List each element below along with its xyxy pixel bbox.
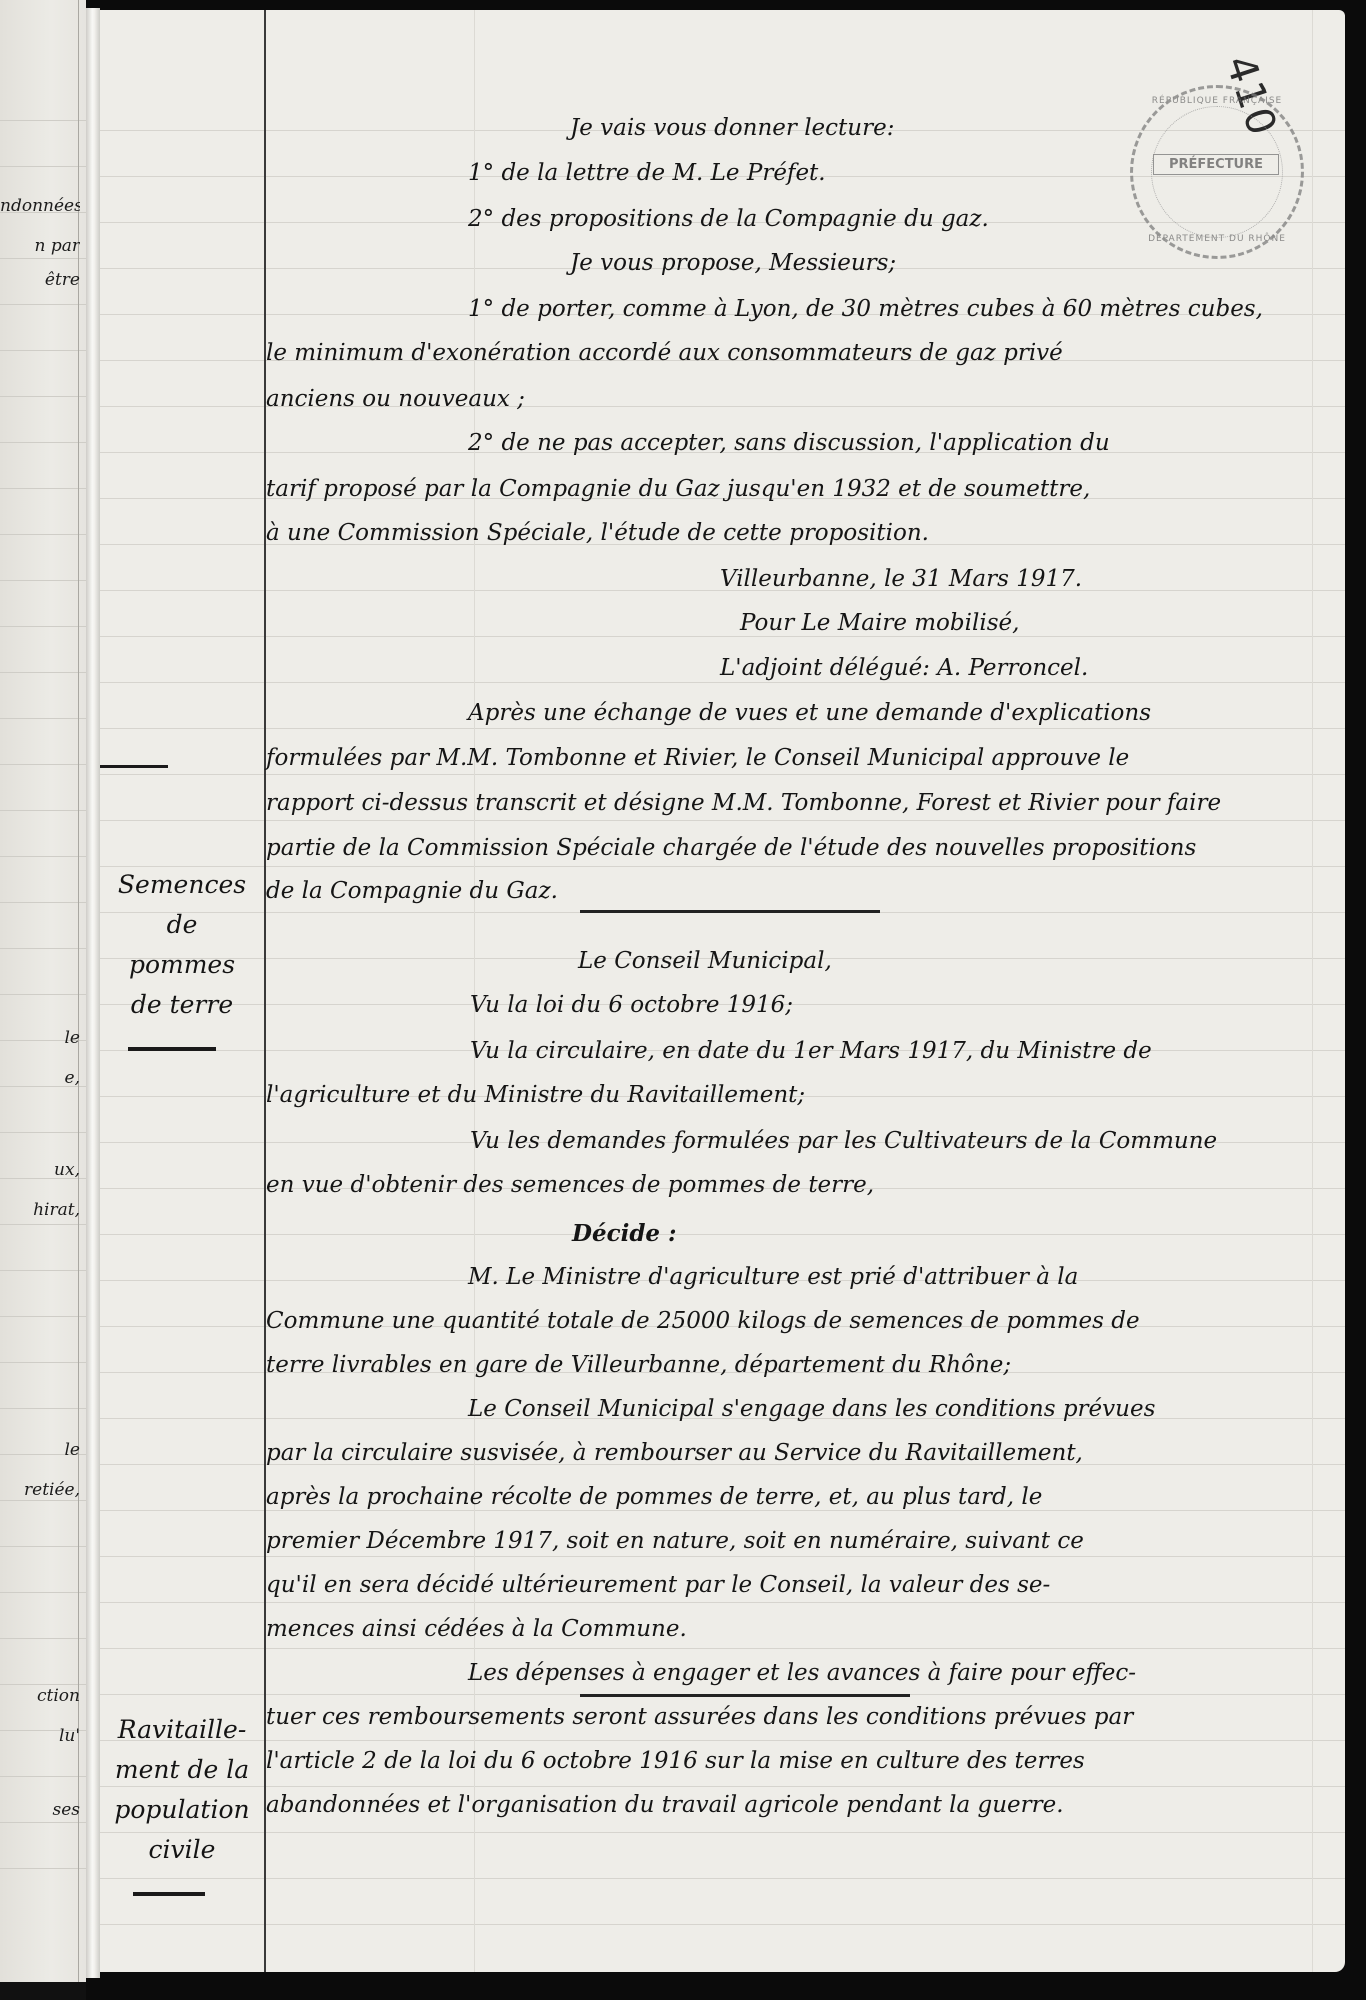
register-page: 410 RÉPUBLIQUE FRANÇAISE PRÉFECTURE DÉPA…: [100, 10, 1345, 1972]
signature-place-date: Villeurbanne, le 31 Mars 1917.: [720, 566, 1082, 592]
margin-title-underline: [133, 1892, 205, 1896]
ruled-line: [0, 1408, 86, 1409]
ruled-line: [100, 1786, 1345, 1787]
text-line: abandonnées et l'organisation du travail…: [266, 1792, 1064, 1818]
stamp-bottom-text: DÉPARTEMENT DU RHÔNE: [1133, 234, 1301, 244]
ruled-line: [0, 396, 86, 397]
ruled-line: [0, 626, 86, 627]
left-page-fragment: lu': [0, 1726, 80, 1746]
ruled-line: [0, 1638, 86, 1639]
margin-title-line: Semences: [104, 865, 260, 905]
margin-title-line: Ravitaille-: [104, 1710, 260, 1750]
ruled-line: [0, 1592, 86, 1593]
text-line: anciens ou nouveaux ;: [266, 386, 525, 412]
text-line: de la Compagnie du Gaz.: [266, 878, 558, 904]
section-end-rule: [100, 765, 168, 768]
margin-title-underline: [128, 1047, 216, 1051]
ruled-line: [0, 1546, 86, 1547]
ruled-line: [0, 1224, 86, 1225]
ruled-line: [0, 1684, 86, 1685]
text-line: en vue d'obtenir des semences de pommes …: [266, 1172, 874, 1198]
text-line: mences ainsi cédées à la Commune.: [266, 1616, 687, 1642]
ruled-line: [0, 810, 86, 811]
text-line: après la prochaine récolte de pommes de …: [266, 1484, 1042, 1510]
left-page-fragment: ndonnées.: [0, 196, 80, 216]
ruled-line: [100, 1648, 1345, 1649]
text-line: 2° de ne pas accepter, sans discussion, …: [468, 430, 1110, 456]
ruled-line: [100, 1694, 1345, 1695]
ruled-line: [0, 442, 86, 443]
text-line: Le Conseil Municipal s'engage dans les c…: [468, 1396, 1155, 1422]
ruled-line: [0, 258, 86, 259]
margin-title-line: pommes: [104, 945, 260, 985]
ruled-line: [0, 856, 86, 857]
text-line: Je vous propose, Messieurs;: [570, 250, 896, 276]
ruled-line: [100, 1510, 1345, 1511]
text-line: terre livrables en gare de Villeurbanne,…: [266, 1352, 1011, 1378]
stamp-top-text: RÉPUBLIQUE FRANÇAISE: [1133, 96, 1301, 106]
ruled-line: [0, 764, 86, 765]
left-page-fragment: hirat,: [0, 1200, 80, 1220]
ruled-line: [0, 994, 86, 995]
ruled-line: [100, 1556, 1345, 1557]
margin-title-line: ment de la: [104, 1750, 260, 1790]
ruled-line: [0, 304, 86, 305]
stamp-center-text: PRÉFECTURE: [1153, 154, 1279, 175]
ruled-line: [0, 1270, 86, 1271]
left-page-margin-line: [78, 0, 79, 1982]
left-page-fragment: ction: [0, 1686, 80, 1706]
ruled-line: [100, 1832, 1345, 1833]
ruled-line: [0, 1822, 86, 1823]
left-page-fragment: le: [0, 1028, 80, 1048]
text-line: M. Le Ministre d'agriculture est prié d'…: [468, 1264, 1078, 1290]
ruled-line: [0, 166, 86, 167]
ruled-line: [0, 1868, 86, 1869]
text-line: Vu la loi du 6 octobre 1916;: [470, 992, 793, 1018]
ruled-line: [0, 534, 86, 535]
ruled-line: [100, 866, 1345, 867]
text-line: partie de la Commission Spéciale chargée…: [266, 835, 1196, 861]
book-spine: [86, 8, 100, 1978]
ruled-line: [0, 902, 86, 903]
ruled-line: [0, 1316, 86, 1317]
text-line: 2° des propositions de la Compagnie du g…: [468, 206, 989, 232]
ruled-line: [0, 718, 86, 719]
ruled-line: [100, 820, 1345, 821]
text-line: le minimum d'exonération accordé aux con…: [266, 340, 1063, 366]
text-line: l'article 2 de la loi du 6 octobre 1916 …: [266, 1748, 1085, 1774]
margin-title-ravitaillement: Ravitaille- ment de la population civile: [104, 1710, 260, 1870]
ruled-line: [0, 580, 86, 581]
ruled-line: [0, 350, 86, 351]
signature-name: L'adjoint délégué: A. Perroncel.: [720, 655, 1088, 681]
text-line: tarif proposé par la Compagnie du Gaz ju…: [266, 476, 1090, 502]
margin-title-line: civile: [104, 1830, 260, 1870]
left-page-fragment: e,: [0, 1068, 80, 1088]
prefecture-stamp: RÉPUBLIQUE FRANÇAISE PRÉFECTURE DÉPARTEM…: [1130, 85, 1304, 259]
ruled-line: [0, 1132, 86, 1133]
text-line: premier Décembre 1917, soit en nature, s…: [266, 1528, 1084, 1554]
margin-title-line: de: [104, 905, 260, 945]
ruled-line: [100, 1234, 1345, 1235]
text-line: Vu la circulaire, en date du 1er Mars 19…: [470, 1038, 1152, 1064]
margin-title-line: de terre: [104, 985, 260, 1025]
text-line: 1° de porter, comme à Lyon, de 30 mètres…: [468, 296, 1263, 322]
margin-title-line: population: [104, 1790, 260, 1830]
ruled-line: [100, 728, 1345, 729]
text-line: l'agriculture et du Ministre du Ravitail…: [266, 1082, 805, 1108]
left-page-fragment: être: [0, 270, 80, 290]
ruled-line: [100, 774, 1345, 775]
text-line: Les dépenses à engager et les avances à …: [468, 1660, 1136, 1686]
text-line: par la circulaire susvisée, à rembourser…: [266, 1440, 1083, 1466]
ruled-line: [100, 1924, 1345, 1925]
section-separator: [580, 910, 880, 913]
ruled-line: [0, 672, 86, 673]
ruled-line: [100, 1602, 1345, 1603]
text-line: formulées par M.M. Tombonne et Rivier, l…: [266, 745, 1129, 771]
previous-page-edge: ndonnées. n par être le e, ux, hirat, le…: [0, 0, 86, 2000]
left-page-fragment: le: [0, 1440, 80, 1460]
text-line: tuer ces remboursements seront assurées …: [266, 1704, 1133, 1730]
ruled-line: [0, 948, 86, 949]
ruled-line: [100, 636, 1345, 637]
decision-heading: Décide :: [572, 1220, 677, 1247]
ruled-line: [0, 488, 86, 489]
ruled-line: [100, 1878, 1345, 1879]
section-heading: Le Conseil Municipal,: [578, 948, 832, 974]
ruled-line: [0, 1776, 86, 1777]
left-page-fragment: retiée,: [0, 1480, 80, 1500]
page-margin-line: [264, 10, 266, 1972]
text-line: Après une échange de vues et une demande…: [468, 700, 1151, 726]
left-page-fragment: n par: [0, 236, 80, 256]
signature-line: Pour Le Maire mobilisé,: [740, 610, 1019, 636]
ruled-line: [0, 1362, 86, 1363]
text-line: rapport ci-dessus transcrit et désigne M…: [266, 790, 1221, 816]
text-line: à une Commission Spéciale, l'étude de ce…: [266, 520, 929, 546]
text-line: Je vais vous donner lecture:: [570, 115, 894, 141]
text-line: Vu les demandes formulées par les Cultiv…: [470, 1128, 1217, 1154]
faint-guide-line: [1312, 10, 1313, 1972]
left-page-fragment: ses: [0, 1800, 80, 1820]
ruled-line: [100, 682, 1345, 683]
text-line: Commune une quantité totale de 25000 kil…: [266, 1308, 1140, 1334]
ruled-line: [100, 1740, 1345, 1741]
text-line: qu'il en sera décidé ultérieurement par …: [266, 1572, 1050, 1598]
text-line: 1° de la lettre de M. Le Préfet.: [468, 160, 826, 186]
left-page-fragment: ux,: [0, 1160, 80, 1180]
ruled-line: [0, 1500, 86, 1501]
margin-title-semences: Semences de pommes de terre: [104, 865, 260, 1025]
ruled-line: [0, 120, 86, 121]
